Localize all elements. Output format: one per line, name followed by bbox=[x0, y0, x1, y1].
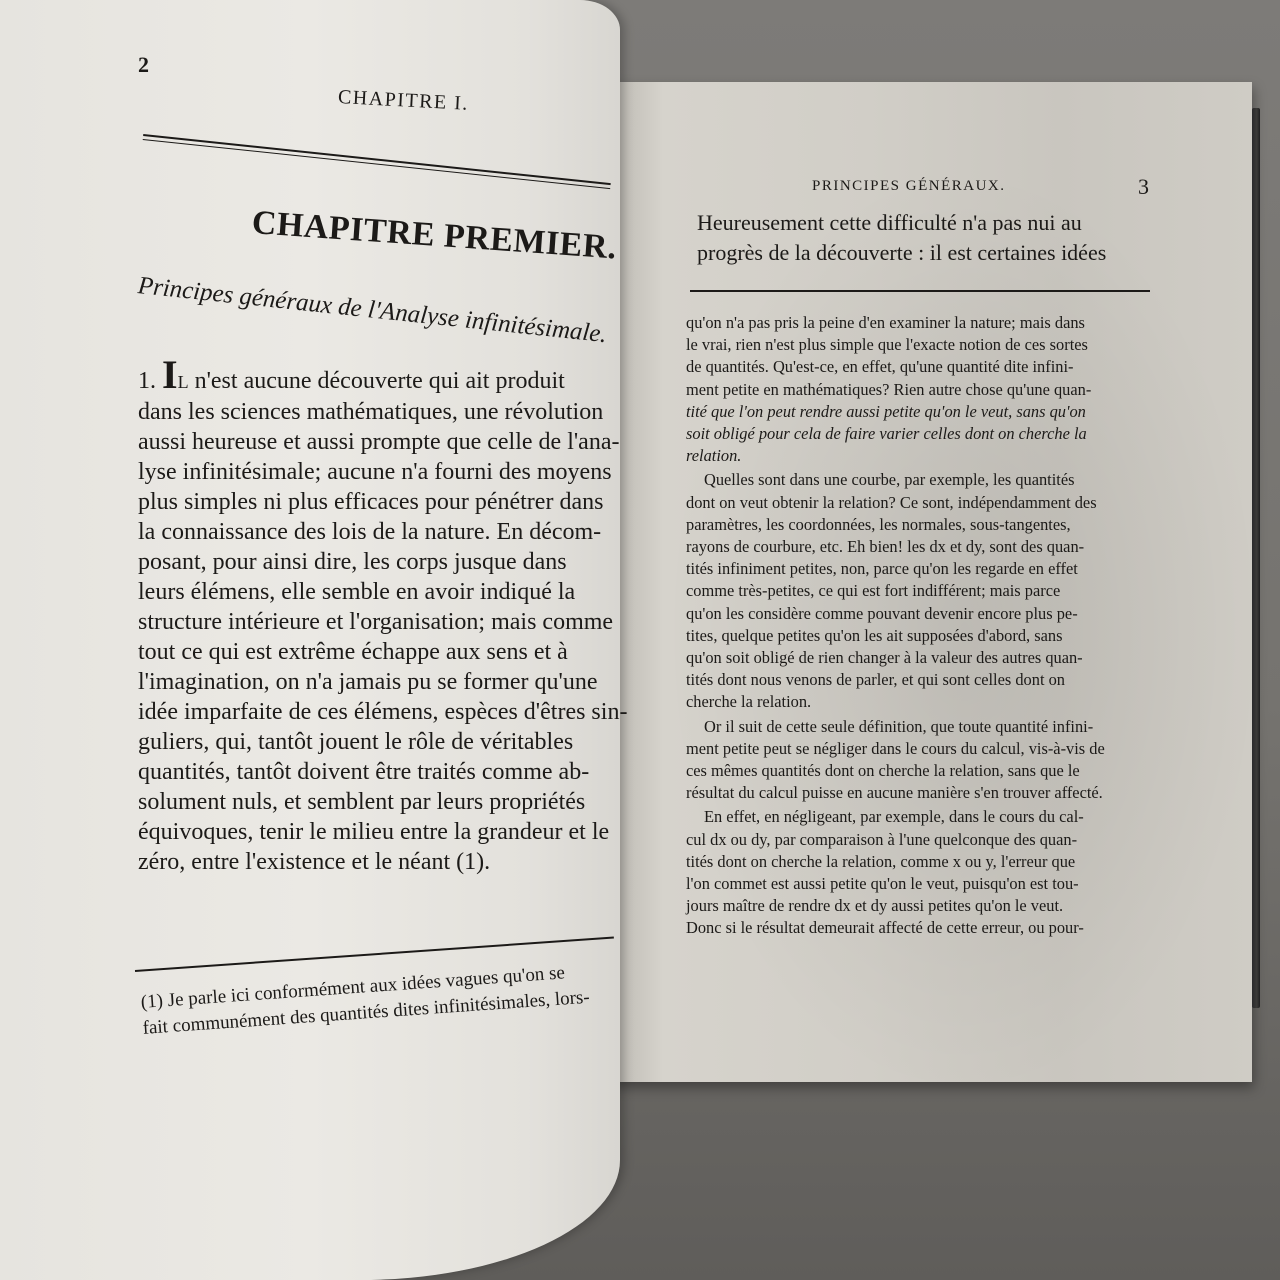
right-page-body: qu'on n'a pas pris la peine d'en examine… bbox=[686, 312, 1156, 942]
small-cap: L bbox=[178, 372, 189, 392]
text-line: n'est aucune découverte qui ait produit bbox=[195, 368, 565, 394]
right-page-top-text: Heureusement cette difficulté n'a pas nu… bbox=[697, 208, 1157, 268]
section-rule bbox=[690, 290, 1150, 292]
text-line: rayons de courbure, etc. Eh bien! les dx… bbox=[686, 536, 1156, 558]
text-line: de quantités. Qu'est-ce, en effet, qu'un… bbox=[686, 356, 1156, 378]
text-line: Quelles sont dans une courbe, par exempl… bbox=[686, 469, 1156, 491]
text-line: En effet, en négligeant, par exemple, da… bbox=[686, 806, 1156, 828]
text-line: équivoques, tenir le milieu entre la gra… bbox=[138, 817, 618, 847]
book-cover-edge bbox=[1252, 108, 1260, 1008]
text-line: tités dont nous venons de parler, et qui… bbox=[686, 669, 1156, 691]
text-line: aussi heureuse et aussi prompte que cell… bbox=[138, 427, 618, 457]
text-line: Or il suit de cette seule définition, qu… bbox=[686, 716, 1156, 738]
text-line: guliers, qui, tantôt jouent le rôle de v… bbox=[138, 727, 618, 757]
text-line: résultat du calcul puisse en aucune mani… bbox=[686, 782, 1156, 804]
text-line: dans les sciences mathématiques, une rév… bbox=[138, 397, 618, 427]
text-line: ces mêmes quantités dont on cherche la r… bbox=[686, 760, 1156, 782]
text-line: solument nuls, et semblent par leurs pro… bbox=[138, 787, 618, 817]
text-line: jours maître de rendre dx et dy aussi pe… bbox=[686, 895, 1156, 917]
text-line: lyse infinitésimale; aucune n'a fourni d… bbox=[138, 457, 618, 487]
drop-cap: I bbox=[162, 352, 178, 397]
first-line: 1. IL n'est aucune découverte qui ait pr… bbox=[138, 360, 618, 397]
text-line: ment petite en mathématiques? Rien autre… bbox=[686, 379, 1156, 401]
text-line: l'imagination, on n'a jamais pu se forme… bbox=[138, 667, 618, 697]
text-line: qu'on soit obligé de rien changer à la v… bbox=[686, 647, 1156, 669]
text-line: qu'on n'a pas pris la peine d'en examine… bbox=[686, 312, 1156, 334]
text-line: Donc si le résultat demeurait affecté de… bbox=[686, 917, 1156, 939]
text-line: Heureusement cette difficulté n'a pas nu… bbox=[697, 208, 1157, 238]
text-line: la connaissance des lois de la nature. E… bbox=[138, 517, 618, 547]
text-line: dont on veut obtenir la relation? Ce son… bbox=[686, 492, 1156, 514]
text-line: posant, pour ainsi dire, les corps jusqu… bbox=[138, 547, 618, 577]
text-line: l'on commet est aussi petite qu'on le ve… bbox=[686, 873, 1156, 895]
text-line: quantités, tantôt doivent être traités c… bbox=[138, 757, 618, 787]
text-line: le vrai, rien n'est plus simple que l'ex… bbox=[686, 334, 1156, 356]
text-line: qu'on les considère comme pouvant deveni… bbox=[686, 603, 1156, 625]
paragraph: En effet, en négligeant, par exemple, da… bbox=[686, 806, 1156, 939]
text-line: tités dont on cherche la relation, comme… bbox=[686, 851, 1156, 873]
text-line: paramètres, les coordonnées, les normale… bbox=[686, 514, 1156, 536]
text-line-italic: tité que l'on peut rendre aussi petite q… bbox=[686, 401, 1156, 423]
paragraph: Quelles sont dans une courbe, par exempl… bbox=[686, 469, 1156, 713]
text-line: zéro, entre l'existence et le néant (1). bbox=[138, 847, 618, 877]
page-number-left: 2 bbox=[138, 52, 149, 78]
text-line: ment petite peut se négliger dans le cou… bbox=[686, 738, 1156, 760]
text-line: leurs élémens, elle semble en avoir indi… bbox=[138, 577, 618, 607]
text-line: comme très-petites, ce qui est fort indi… bbox=[686, 580, 1156, 602]
text-line-italic: soit obligé pour cela de faire varier ce… bbox=[686, 423, 1156, 445]
text-line: structure intérieure et l'organisation; … bbox=[138, 607, 618, 637]
left-page-body: 1. IL n'est aucune découverte qui ait pr… bbox=[138, 360, 618, 877]
running-head-right: PRINCIPES GÉNÉRAUX. bbox=[812, 178, 1006, 195]
text-line: idée imparfaite de ces élémens, espèces … bbox=[138, 697, 618, 727]
paragraph: Or il suit de cette seule définition, qu… bbox=[686, 716, 1156, 805]
page-number-right: 3 bbox=[1138, 174, 1149, 200]
text-line: plus simples ni plus efficaces pour péné… bbox=[138, 487, 618, 517]
text-line: cul dx ou dy, par comparaison à l'une qu… bbox=[686, 829, 1156, 851]
text-line: tout ce qui est extrême échappe aux sens… bbox=[138, 637, 618, 667]
paragraph-number: 1. bbox=[138, 368, 156, 394]
text-line: cherche la relation. bbox=[686, 691, 1156, 713]
text-line: tités infiniment petites, non, parce qu'… bbox=[686, 558, 1156, 580]
text-line-italic: relation. bbox=[686, 445, 1156, 467]
text-line: tites, quelque petites qu'on les ait sup… bbox=[686, 625, 1156, 647]
paragraph: qu'on n'a pas pris la peine d'en examine… bbox=[686, 312, 1156, 467]
text-line: progrès de la découverte : il est certai… bbox=[697, 238, 1157, 268]
